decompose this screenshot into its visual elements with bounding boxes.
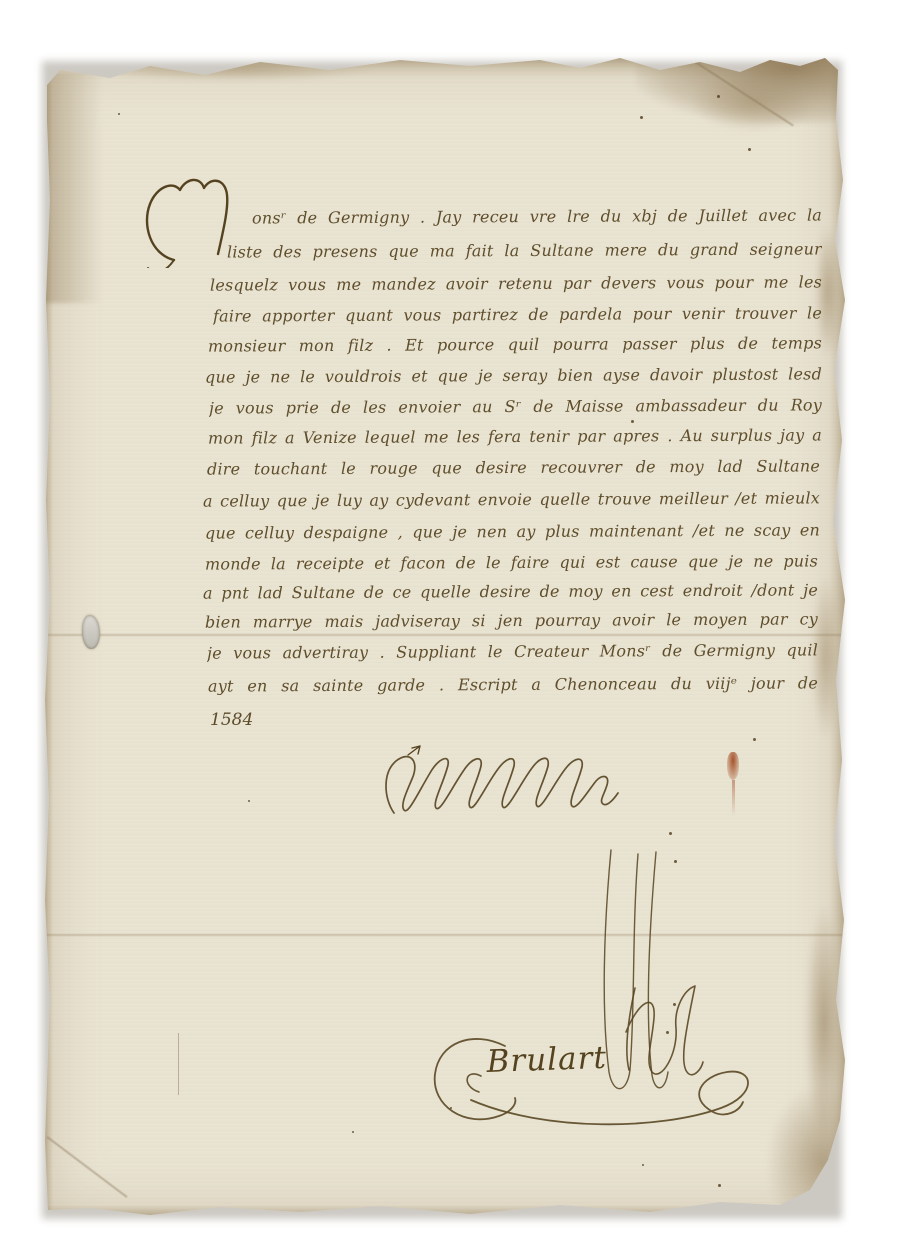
letter-line: je vous advertiray . Suppliant le Create… [207,639,818,664]
caterine-signature: Caterine [380,735,630,830]
letter-line: que je ne le vouldrois et que je seray b… [205,363,822,388]
letter-line: monsieur mon filz . Et pource quil pourr… [208,332,822,357]
ink-speck [118,113,120,115]
ink-speck [748,148,751,151]
letter-line: que celluy despaigne , que je nen ay plu… [205,519,820,544]
letter-line: je vous prie de les envoier au Sʳ de Mai… [209,394,822,419]
letter-line: lesquelz vous me mandez avoir retenu par… [210,271,822,296]
letter-line: mon filz a Venize lequel me les fera ten… [208,424,822,449]
brulart-countersignature: Brulart [425,840,775,1140]
countersignature-name: Brulart [485,1040,607,1080]
letter-line: onsʳ de Germigny . Jay receu vre lre du … [252,205,822,230]
letter-line: monde la receipte et facon de le faire q… [205,550,818,575]
ink-speck [642,1164,644,1166]
letter-line: ayt en sa sainte garde . Escript a Cheno… [208,672,818,697]
rust-stain-tail [732,780,735,816]
date-line: 1584 [210,709,253,731]
letter-line: faire apporter quant vous partirez de pa… [213,302,822,327]
letter-line: a celluy que je luy ay cydevant envoie q… [203,487,820,512]
ink-speck [753,738,756,741]
paper-hole [82,615,100,649]
ink-speck [248,800,250,802]
letter-paper: M onsʳ de Germigny . Jay receu vre lre d… [45,58,845,1216]
ink-speck [669,832,672,835]
ink-speck [352,1131,354,1133]
letter-line: bien marrye mais jadviseray si jen pourr… [205,608,818,633]
letter-line: a pnt lad Sultane de ce quelle desire de… [203,579,818,604]
ink-speck [718,1184,721,1187]
rust-stain [727,752,739,780]
ink-speck [640,116,643,119]
letter-line: liste des presens que ma fait la Sultane… [227,238,822,263]
manuscript-letter-photo: M onsʳ de Germigny . Jay receu vre lre d… [0,0,909,1260]
ink-speck [631,420,634,423]
letter-line: dire touchant le rouge que desire recouv… [207,455,820,480]
fold-line-upper [45,633,845,637]
ink-speck [717,95,720,98]
surface-scratch [178,1033,179,1095]
